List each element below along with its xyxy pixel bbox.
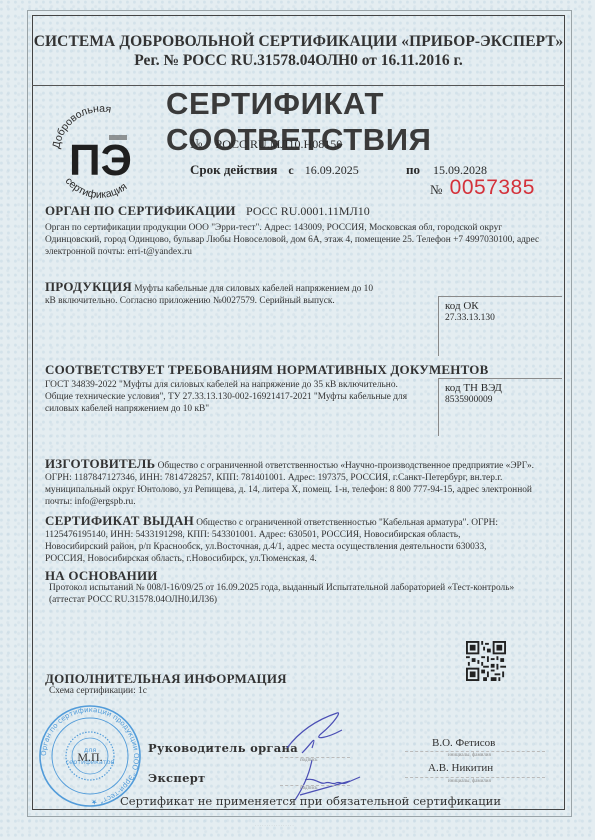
tnved-code-value: 8535900009 <box>445 394 562 406</box>
section-additional-info: ДОПОЛНИТЕЛЬНАЯ ИНФОРМАЦИЯ Схема сертифик… <box>45 673 555 697</box>
okpd-code-label: код ОК <box>445 300 562 312</box>
section-product: ПРОДУКЦИЯ Муфты кабельные для силовых ка… <box>45 281 375 307</box>
certificate-number: РОСС RU.МЛ10.Н08150 <box>215 137 342 151</box>
validity-from: Срок действия с 16.09.2025 <box>190 162 359 178</box>
system-name: СИСТЕМА ДОБРОВОЛЬНОЙ СЕРТИФИКАЦИИ «ПРИБО… <box>32 33 565 51</box>
okpd-code-box: код ОК 27.33.13.130 <box>438 296 562 356</box>
tnved-code-box: код ТН ВЭД 8535900009 <box>438 378 562 436</box>
head-signature-icon <box>282 708 362 758</box>
section-conformity: СООТВЕТСТВУЕТ ТРЕБОВАНИЯМ НОРМАТИВНЫХ ДО… <box>45 364 555 376</box>
tnved-code-label: код ТН ВЭД <box>445 382 562 394</box>
basis-text: Протокол испытаний № 008/I-16/09/25 от 1… <box>45 582 550 606</box>
printer-mark: · · · · · · · · · · · · · · · · · <box>255 823 294 828</box>
section-manufacturer: ИЗГОТОВИТЕЛЬ Общество с ограниченной отв… <box>45 458 550 508</box>
expert-label: Эксперт <box>148 771 205 785</box>
expert-name-caption: инициалы, фамилия <box>448 779 491 784</box>
validity-label: Срок действия <box>190 162 277 177</box>
head-name-caption: инициалы, фамилия <box>448 753 491 758</box>
svg-text:М.П.: М.П. <box>77 750 102 764</box>
head-signature-caption: подпись <box>300 758 317 763</box>
certificate-header: СИСТЕМА ДОБРОВОЛЬНОЙ СЕРТИФИКАЦИИ «ПРИБО… <box>32 15 565 86</box>
section-basis: НА ОСНОВАНИИ Протокол испытаний № 008/I-… <box>45 570 550 606</box>
system-registration: Рег. № РОСС RU.31578.04ОЛН0 от 16.11.201… <box>32 52 565 70</box>
to-label: по <box>406 162 420 177</box>
head-of-body-label: Руководитель органа <box>148 741 298 755</box>
footer-note: Сертификат не применяется при обязательн… <box>120 794 501 808</box>
certification-body-code: РОСС RU.0001.11МЛ10 <box>246 204 370 218</box>
product-heading: ПРОДУКЦИЯ <box>45 279 132 294</box>
serial-number: 0057385 <box>450 176 535 199</box>
certification-scheme: Схема сертификации: 1с <box>45 685 555 697</box>
head-name: В.О. Фетисов <box>432 737 495 749</box>
certificate-number-line: № РОСС RU.МЛ10.Н08150 <box>190 136 342 152</box>
serial-number-line: № 0057385 <box>430 176 535 200</box>
certification-body-text: Орган по сертификации продукции ООО "Эрр… <box>45 222 555 258</box>
conformity-heading: СООТВЕТСТВУЕТ ТРЕБОВАНИЯМ НОРМАТИВНЫХ ДО… <box>45 364 555 376</box>
expert-name: А.В. Никитин <box>428 762 493 774</box>
additional-info-heading: ДОПОЛНИТЕЛЬНАЯ ИНФОРМАЦИЯ <box>45 673 555 685</box>
issued-to-heading: СЕРТИФИКАТ ВЫДАН <box>45 513 194 528</box>
valid-from-date: 16.09.2025 <box>305 163 359 177</box>
svg-text:ПЭ: ПЭ <box>69 136 132 185</box>
number-label: № <box>190 136 202 151</box>
certification-body-heading: ОРГАН ПО СЕРТИФИКАЦИИ <box>45 203 236 218</box>
section-issued-to: СЕРТИФИКАТ ВЫДАН Общество с ограниченной… <box>45 515 525 565</box>
conformity-text: ГОСТ 34839-2022 "Муфты для силовых кабел… <box>45 379 427 415</box>
section-certification-body: ОРГАН ПО СЕРТИФИКАЦИИ РОСС RU.0001.11МЛ1… <box>45 205 555 258</box>
expert-signature-caption: подпись <box>300 786 317 791</box>
conformity-documents: ГОСТ 34839-2022 "Муфты для силовых кабел… <box>45 379 427 415</box>
serial-label: № <box>430 182 442 197</box>
basis-heading: НА ОСНОВАНИИ <box>45 570 550 582</box>
pe-certification-logo-icon: Добровольная сертификация ПЭ <box>45 95 155 205</box>
valid-to-date: 15.09.2028 <box>433 163 487 177</box>
from-label: с <box>288 163 293 177</box>
okpd-code-value: 27.33.13.130 <box>445 312 562 324</box>
manufacturer-heading: ИЗГОТОВИТЕЛЬ <box>45 456 155 471</box>
